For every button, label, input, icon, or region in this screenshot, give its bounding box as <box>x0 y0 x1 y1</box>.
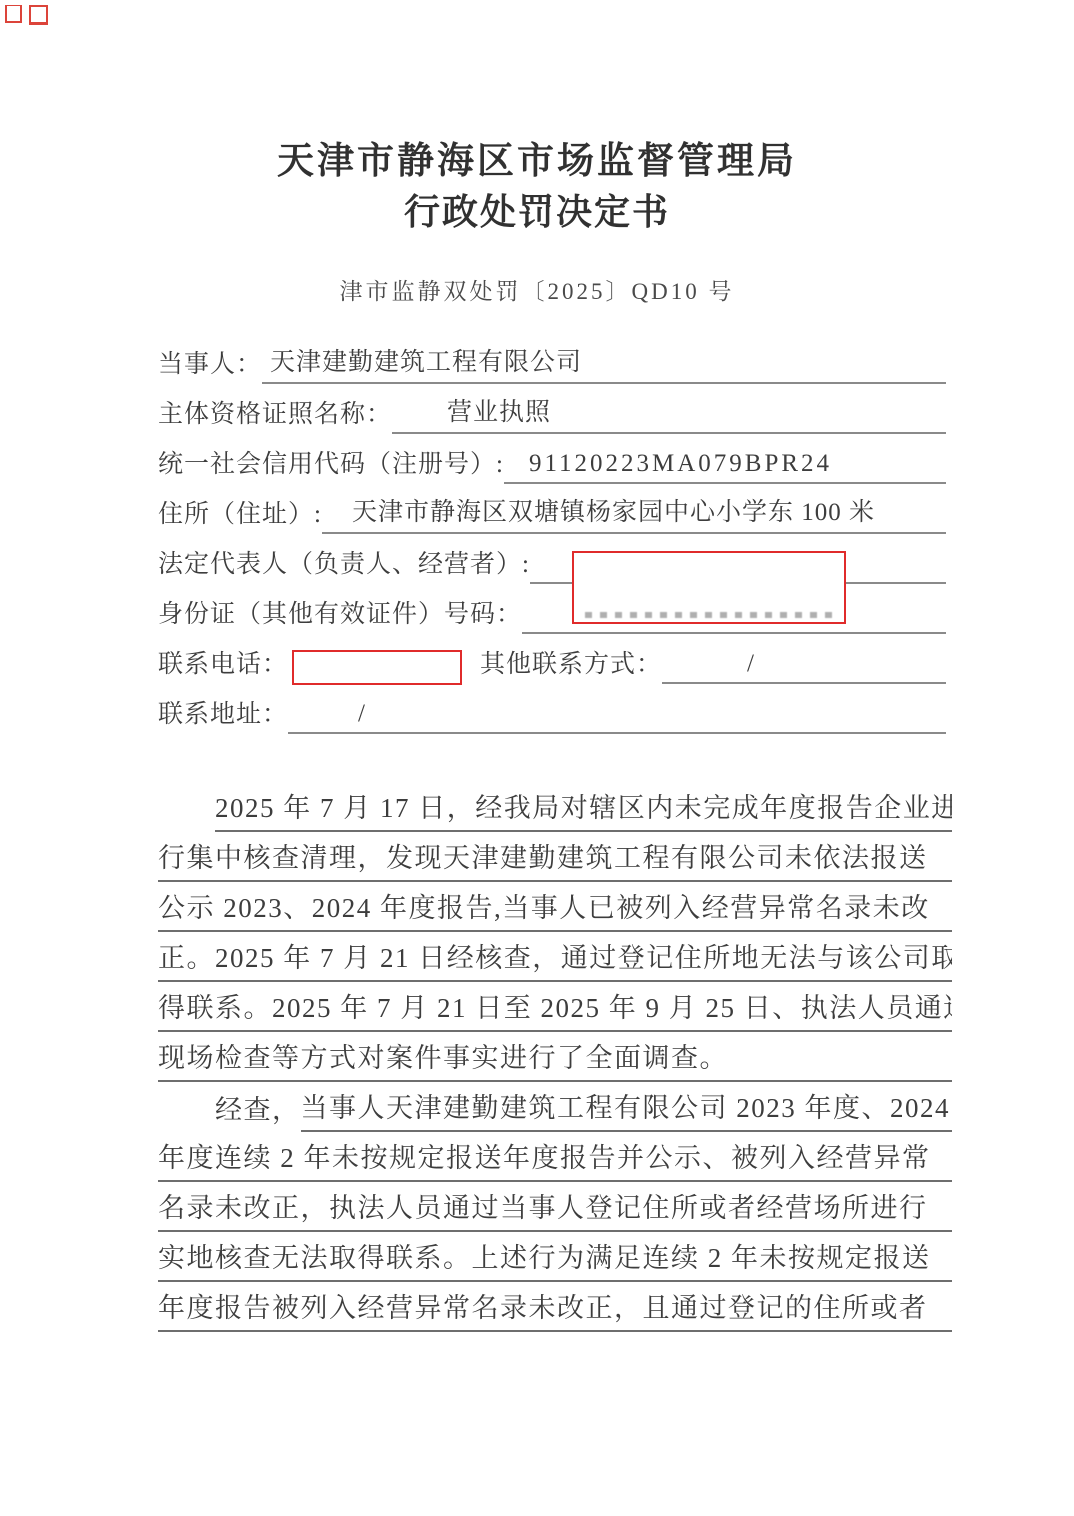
body-line-text: 现场检查等方式对案件事实进行了全面调查。 <box>158 1043 728 1073</box>
body-line-text: 年度连续 2 年未按规定报送年度报告并公示、被列入经营异常 <box>158 1143 931 1173</box>
document-body: 2025 年 7 月 17 日，经我局对辖区内未完成年度报告企业进 行集中核查清… <box>158 782 952 1332</box>
body-line-text: 得联系。2025 年 7 月 21 日至 2025 年 9 月 25 日、执法人… <box>158 993 952 1023</box>
body-line: 年度连续 2 年未按规定报送年度报告并公示、被列入经营异常 <box>158 1132 952 1182</box>
field-value: 营业执照 <box>392 392 946 434</box>
body-line: 现场检查等方式对案件事实进行了全面调查。 <box>158 1032 952 1082</box>
field-row-credit-code: 统一社会信用代码（注册号）: 91120223MA079BPR24 <box>158 434 946 484</box>
field-row-party: 当事人： 天津建勤建筑工程有限公司 <box>158 334 946 384</box>
body-line-text: 当事人天津建勤建筑工程有限公司 2023 年度、2024 <box>301 1093 951 1123</box>
body-line: 年度报告被列入经营异常名录未改正，且通过登记的住所或者 <box>158 1282 952 1332</box>
field-value: / <box>662 650 946 684</box>
document-title-type: 行政处罚决定书 <box>0 184 1074 235</box>
body-line-prefix: 经查， <box>158 1088 301 1132</box>
body-line-text: 公示 2023、2024 年度报告,当事人已被列入经营异常名录未改 <box>158 893 930 923</box>
body-line: 2025 年 7 月 17 日，经我局对辖区内未完成年度报告企业进 <box>158 782 952 832</box>
body-line: 正。2025 年 7 月 21 日经核查，通过登记住所地无法与该公司取 <box>158 932 952 982</box>
body-line-text: 正。2025 年 7 月 21 日经核查，通过登记住所地无法与该公司取 <box>158 943 952 973</box>
field-row-address: 住所（住址）: 天津市静海区双塘镇杨家园中心小学东 100 米 <box>158 484 946 534</box>
body-line: 得联系。2025 年 7 月 21 日至 2025 年 9 月 25 日、执法人… <box>158 982 952 1032</box>
field-label: 主体资格证照名称： <box>158 394 392 434</box>
body-line-text: 年度报告被列入经营异常名录未改正，且通过登记的住所或者 <box>158 1293 928 1323</box>
field-value-redacted <box>522 628 946 634</box>
field-value: / <box>288 700 946 734</box>
party-info-fields: 当事人： 天津建勤建筑工程有限公司 主体资格证照名称： 营业执照 统一社会信用代… <box>158 334 946 734</box>
field-row-contact-address: 联系地址： / <box>158 684 946 734</box>
field-label: 联系电话： <box>158 644 288 684</box>
field-value: 91120223MA079BPR24 <box>504 450 946 484</box>
redaction-box-phone <box>292 650 462 685</box>
body-line-text: 实地核查无法取得联系。上述行为满足连续 2 年未按规定报送 <box>158 1243 931 1273</box>
document-title-authority: 天津市静海区市场监督管理局 <box>0 130 1074 184</box>
partially-visible-id-digits <box>585 612 837 618</box>
field-value: 天津市静海区双塘镇杨家园中心小学东 100 米 <box>322 492 946 534</box>
body-line: 公示 2023、2024 年度报告,当事人已被列入经营异常名录未改 <box>158 882 952 932</box>
field-label: 法定代表人（负责人、经营者）: <box>158 544 530 584</box>
body-line-text: 名录未改正，执法人员通过当事人登记住所或者经营场所进行 <box>158 1193 928 1223</box>
body-line: 名录未改正，执法人员通过当事人登记住所或者经营场所进行 <box>158 1182 952 1232</box>
body-line: 实地核查无法取得联系。上述行为满足连续 2 年未按规定报送 <box>158 1232 952 1282</box>
document-number: 津市监静双处罚〔2025〕QD10 号 <box>0 273 1074 306</box>
field-label: 住所（住址）: <box>158 494 322 534</box>
body-line-text: 2025 年 7 月 17 日，经我局对辖区内未完成年度报告企业进 <box>215 793 952 823</box>
field-value: 天津建勤建筑工程有限公司 <box>262 342 946 384</box>
body-line: 行集中核查清理，发现天津建勤建筑工程有限公司未依法报送 <box>158 832 952 882</box>
field-row-phone: 联系电话： 其他联系方式： / <box>158 634 946 684</box>
field-label: 身份证（其他有效证件）号码： <box>158 594 522 634</box>
body-line-text: 行集中核查清理，发现天津建勤建筑工程有限公司未依法报送 <box>158 843 928 873</box>
paragraph-indent <box>158 827 215 832</box>
field-label-other-contact: 其他联系方式： <box>480 644 662 684</box>
red-stamp-fragment-icon <box>5 5 48 25</box>
penalty-decision-document: 天津市静海区市场监督管理局 行政处罚决定书 津市监静双处罚〔2025〕QD10 … <box>0 0 1074 1516</box>
body-line: 经查， 当事人天津建勤建筑工程有限公司 2023 年度、2024 <box>158 1082 952 1132</box>
field-label: 统一社会信用代码（注册号）: <box>158 444 504 484</box>
field-row-license-name: 主体资格证照名称： 营业执照 <box>158 384 946 434</box>
field-label: 联系地址： <box>158 694 288 734</box>
field-label: 当事人： <box>158 344 262 384</box>
